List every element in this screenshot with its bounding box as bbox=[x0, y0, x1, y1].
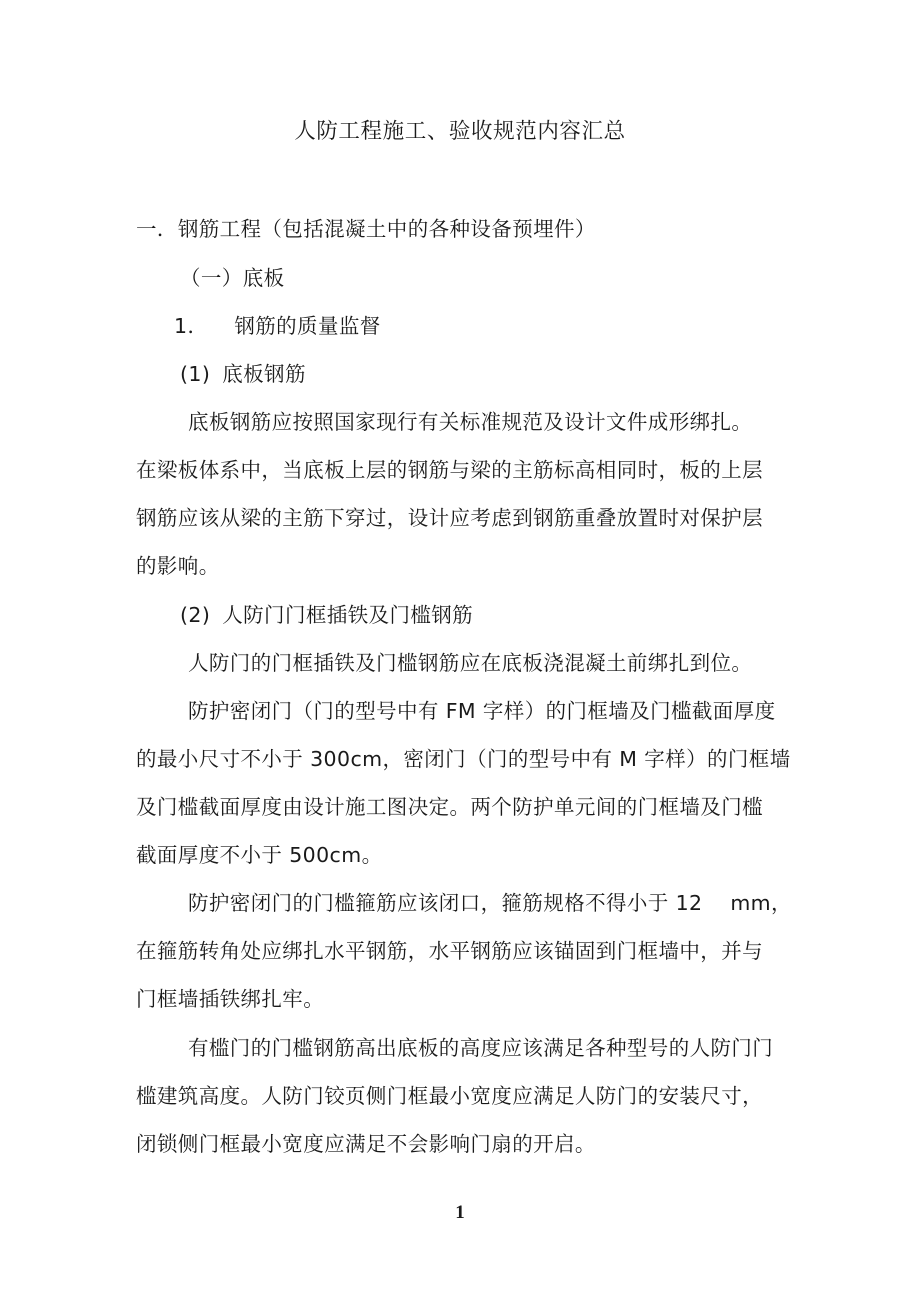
point-title: 人防门门框插铁及门槛钢筋 bbox=[222, 603, 473, 627]
paragraph-line: 在箍筋转角处应绑扎水平钢筋，水平钢筋应该锚固到门框墙中，并与 bbox=[136, 937, 763, 965]
paragraph-line: 的影响。 bbox=[136, 552, 220, 580]
paragraph-line: 门框墙插铁绑扎牢。 bbox=[136, 985, 324, 1013]
item-heading: 1．钢筋的质量监督 bbox=[174, 312, 381, 340]
item-number: 1． bbox=[174, 314, 208, 338]
section-heading: 一．钢筋工程（包括混凝土中的各种设备预埋件） bbox=[136, 215, 596, 243]
paragraph-line: 槛建筑高度。人防门铰页侧门框最小宽度应满足人防门的安装尺寸， bbox=[136, 1082, 763, 1110]
subsection-title: 底板 bbox=[243, 266, 285, 290]
item-title: 钢筋的质量监督 bbox=[234, 314, 380, 338]
section-number: 一． bbox=[136, 217, 178, 241]
paragraph-line: 及门槛截面厚度由设计施工图决定。两个防护单元间的门框墙及门槛 bbox=[136, 793, 763, 821]
point-number: (1) bbox=[180, 362, 210, 386]
point-number: (2) bbox=[180, 603, 210, 627]
paragraph-line: 人防门的门框插铁及门槛钢筋应在底板浇混凝土前绑扎到位。 bbox=[188, 649, 752, 677]
subsection-heading: （一）底板 bbox=[180, 264, 285, 292]
paragraph-line: 的最小尺寸不小于 300cm，密闭门（门的型号中有 M 字样）的门框墙 bbox=[136, 745, 791, 773]
paragraph-line: 有槛门的门槛钢筋高出底板的高度应该满足各种型号的人防门门 bbox=[188, 1034, 773, 1062]
document-title: 人防工程施工、验收规范内容汇总 bbox=[0, 117, 920, 147]
point-heading: (1)底板钢筋 bbox=[180, 360, 306, 388]
paragraph-line: 在梁板体系中，当底板上层的钢筋与梁的主筋标高相同时，板的上层 bbox=[136, 456, 763, 484]
point-heading: (2)人防门门框插铁及门槛钢筋 bbox=[180, 601, 473, 629]
paragraph-line: 闭锁侧门框最小宽度应满足不会影响门扇的开启。 bbox=[136, 1130, 596, 1158]
page-number: 1 bbox=[0, 1201, 920, 1225]
subsection-number: （一） bbox=[180, 266, 243, 290]
paragraph-line: 防护密闭门的门槛箍筋应该闭口，箍筋规格不得小于 12 mm， bbox=[188, 889, 792, 917]
point-title: 底板钢筋 bbox=[222, 362, 306, 386]
document-page: 人防工程施工、验收规范内容汇总 一．钢筋工程（包括混凝土中的各种设备预埋件） （… bbox=[0, 0, 920, 1302]
section-title: 钢筋工程（包括混凝土中的各种设备预埋件） bbox=[178, 217, 596, 241]
paragraph-line: 钢筋应该从梁的主筋下穿过，设计应考虑到钢筋重叠放置时对保护层 bbox=[136, 504, 763, 532]
paragraph-line: 防护密闭门（门的型号中有 FM 字样）的门框墙及门槛截面厚度 bbox=[188, 697, 776, 725]
paragraph-line: 截面厚度不小于 500cm。 bbox=[136, 841, 383, 869]
paragraph-line: 底板钢筋应按照国家现行有关标准规范及设计文件成形绑扎。 bbox=[188, 408, 752, 436]
